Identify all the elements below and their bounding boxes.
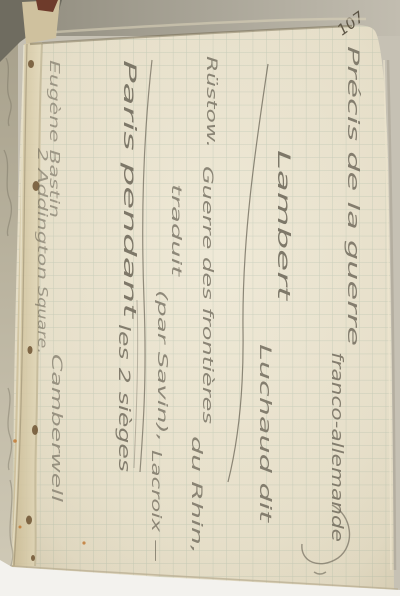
handwritten-translation-3: Lacroix — xyxy=(148,450,163,562)
handwritten-book-1: Guerre des frontières xyxy=(199,166,215,424)
notebook-photo: 107 Précis de la guerre franco-allemande… xyxy=(0,0,400,596)
handwritten-author-rustow: Rüstow. xyxy=(203,56,219,148)
handwritten-translation-1: traduit xyxy=(168,184,183,278)
notebook-page-scan: 107 Précis de la guerre franco-allemande… xyxy=(0,0,400,596)
handwritten-address-1: 2 Addington xyxy=(34,148,49,280)
handwritten-title-1: Précis de la guerre xyxy=(344,46,363,346)
handwritten-paris-1: Paris pendant xyxy=(119,60,139,321)
handwritten-translation-2: (par Savin), xyxy=(154,290,169,442)
handwritten-title-2: franco-allemande xyxy=(328,352,347,542)
handwritten-name-luchaud: Luchaud dit xyxy=(256,344,275,523)
handwritten-paris-2: les 2 sièges xyxy=(115,324,134,472)
handwritten-book-2: du Rhin, xyxy=(188,436,204,554)
handwritten-address-2: Square. xyxy=(34,286,49,354)
handwritten-address-3: Camberwell xyxy=(48,354,64,502)
handwritten-name-lambert: Lambert xyxy=(273,150,293,303)
